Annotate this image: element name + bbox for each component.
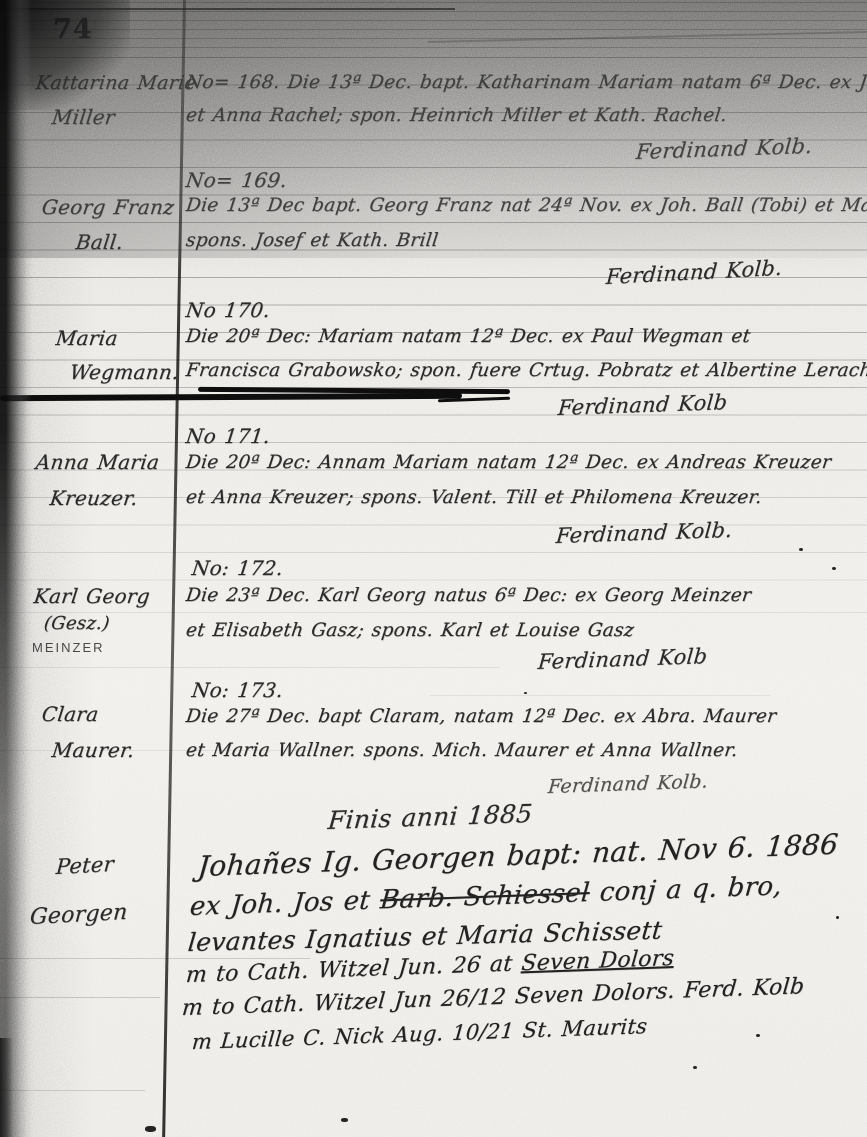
margin-name: Wegmann. [69, 360, 181, 384]
record-text-line: spons. Josef et Kath. Brill [185, 230, 440, 251]
page-edge-shadow [0, 1038, 13, 1137]
column-rule-line [162, 0, 185, 1137]
entry-number: No: 172. [191, 556, 285, 580]
margin-name: (Gesz.) [43, 613, 111, 634]
entry-number: No= 169. [185, 168, 289, 192]
struck-text: Barb. Schiessel [379, 878, 591, 915]
late-entry-text: conj a q. bro, [588, 871, 783, 908]
ink-speck [756, 1034, 760, 1037]
record-text-line: et Maria Wallner. spons. Mich. Maurer et… [185, 740, 739, 761]
ink-speck [799, 548, 803, 551]
scratch-line [428, 31, 867, 42]
record-text-line: et Anna Kreuzer; spons. Valent. Till et … [185, 487, 763, 508]
record-text-line: Die 23ª Dec. Karl Georg natus 6ª Dec: ex… [185, 585, 753, 606]
margin-name: Clara [41, 702, 101, 726]
margin-name: Maria [55, 326, 120, 350]
record-text-line: Die 13ª Dec bapt. Georg Franz nat 24ª No… [185, 195, 867, 216]
priest-signature: Ferdinand Kolb [557, 390, 728, 420]
margin-name: Georg Franz [41, 195, 176, 219]
ruled-line [0, 997, 160, 998]
record-text-line: No= 168. Die 13ª Dec. bapt. Katharinam M… [185, 72, 867, 93]
entry-number: No 171. [185, 424, 272, 448]
ruled-line [430, 695, 770, 696]
entry-number: No: 173. [191, 678, 285, 702]
margin-name: Kreuzer. [49, 486, 140, 510]
page-edge-shadow [0, 0, 32, 1137]
entry-number: No 170. [185, 298, 272, 322]
ink-speck [145, 1126, 156, 1132]
ruled-line [0, 667, 500, 668]
ink-speck [836, 916, 839, 919]
scanned-register-page: 74 Kattarina Marie Miller No= 168. Die 1… [0, 0, 867, 1137]
ruled-line [0, 8, 455, 10]
ruled-line [0, 1090, 145, 1091]
margin-name: Maurer. [51, 738, 136, 762]
record-text-line: et Elisabeth Gasz; spons. Karl et Louise… [185, 620, 636, 641]
margin-name: Miller [51, 105, 117, 129]
photocopy-shading [0, 0, 867, 258]
priest-signature: Ferdinand Kolb. [547, 770, 709, 798]
late-entry-text: m to Cath. Witzel Jun. 26 at [185, 951, 523, 988]
ruled-line [0, 612, 867, 613]
page-number: 74 [53, 14, 93, 45]
margin-name: Kattarina Marie [35, 72, 198, 94]
margin-name: Karl Georg [33, 584, 152, 608]
ink-speck [693, 1066, 697, 1069]
record-text-line: et Anna Rachel; spon. Heinrich Miller et… [185, 105, 729, 126]
margin-name: Georgen [29, 900, 128, 930]
margin-name: Peter [55, 852, 115, 879]
meinzer-pencil-annotation: MEINZER [32, 640, 105, 655]
ink-speck [341, 1118, 348, 1122]
underlined-text: Seven Dolors [520, 946, 675, 976]
ink-blot-line [438, 397, 510, 402]
ink-blot-line [0, 393, 462, 401]
late-entry-text: ex Joh. Jos et [189, 885, 382, 922]
record-text-line: Die 20ª Dec: Annam Mariam natam 12ª Dec.… [185, 452, 833, 473]
ink-blot-line [198, 387, 510, 394]
ink-speck [832, 567, 836, 570]
priest-signature: Ferdinand Kolb. [605, 256, 783, 289]
ruled-line [0, 2, 867, 56]
priest-signature: Ferdinand Kolb. [555, 518, 733, 548]
record-text-line: Die 27ª Dec. bapt Claram, natam 12ª Dec.… [185, 706, 778, 727]
record-text-line: Francisca Grabowsko; spon. fuere Crtug. … [185, 360, 867, 381]
margin-name: Ball. [75, 230, 125, 254]
record-text-line: Die 20ª Dec: Mariam natam 12ª Dec. ex Pa… [185, 326, 752, 347]
priest-signature: Ferdinand Kolb [537, 644, 708, 674]
finis-annotation: Finis anni 1885 [327, 799, 534, 835]
ink-speck [524, 692, 527, 694]
margin-name: Anna Maria [35, 450, 161, 474]
ruled-line [0, 958, 310, 959]
late-entry-line: m Lucille C. Nick Aug. 10/21 St. Maurits [191, 1014, 648, 1054]
priest-signature: Ferdinand Kolb. [635, 134, 813, 164]
